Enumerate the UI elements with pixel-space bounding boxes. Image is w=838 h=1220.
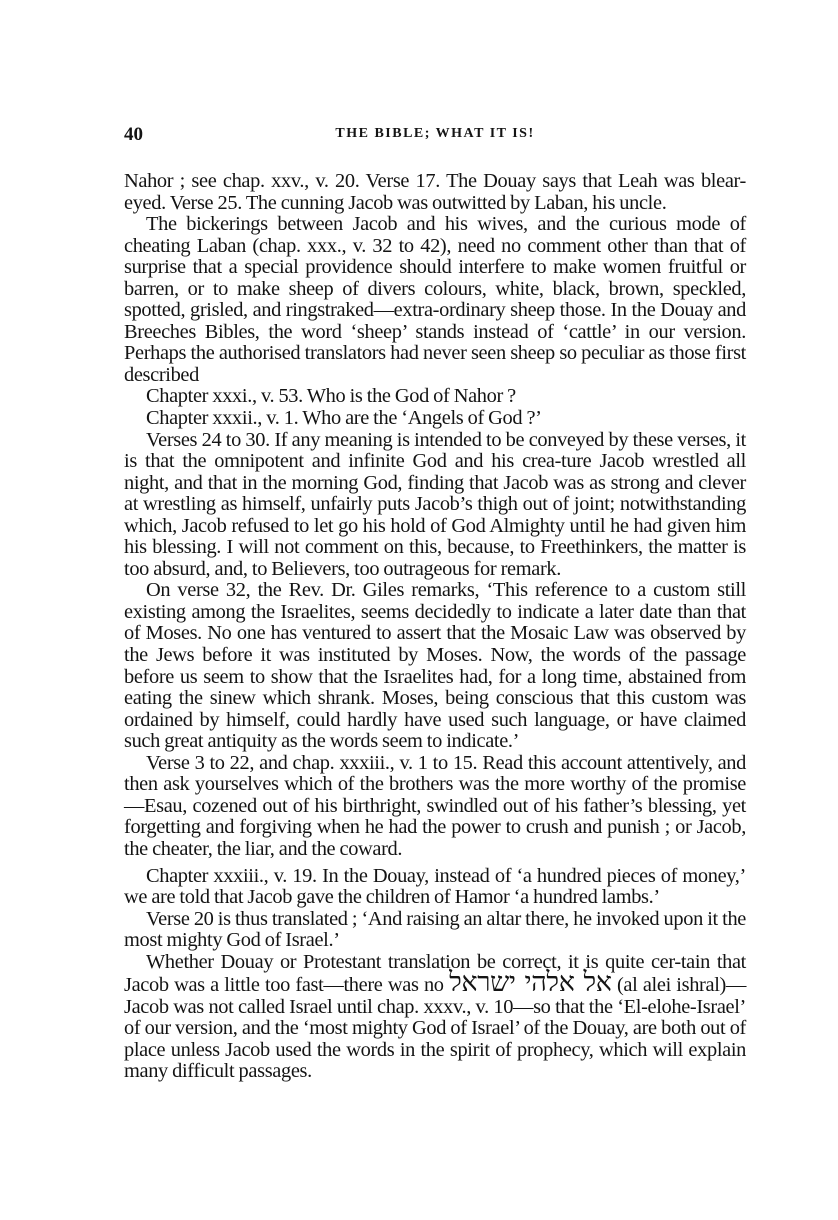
paragraph-1: Nahor ; see chap. xxv., v. 20. Verse 17.… [124, 171, 746, 214]
book-page: 40 THE BIBLE; WHAT IT IS! Nahor ; see ch… [124, 120, 746, 1083]
page-header: 40 THE BIBLE; WHAT IT IS! [124, 120, 746, 150]
paragraph-8: Chapter xxxiii., v. 19. In the Douay, in… [124, 866, 746, 909]
paragraph-3: Chapter xxxi., v. 53. Who is the God of … [124, 386, 746, 408]
paragraph-7: Verse 3 to 22, and chap. xxxiii., v. 1 t… [124, 753, 746, 861]
paragraph-2: The bickerings between Jacob and his wiv… [124, 214, 746, 386]
paragraph-4: Chapter xxxii., v. 1. Who are the ‘Angel… [124, 408, 746, 430]
page-body: Nahor ; see chap. xxv., v. 20. Verse 17.… [124, 171, 746, 1083]
running-title: THE BIBLE; WHAT IT IS! [124, 126, 746, 142]
paragraph-5: Verses 24 to 30. If any meaning is inten… [124, 430, 746, 581]
hebrew-phrase: אל אלהי ישראל [449, 967, 612, 998]
paragraph-9: Verse 20 is thus translated ; ‘And raisi… [124, 909, 746, 952]
paragraph-10: Whether Douay or Protestant translation … [124, 952, 746, 1083]
paragraph-6: On verse 32, the Rev. Dr. Giles remarks,… [124, 580, 746, 752]
